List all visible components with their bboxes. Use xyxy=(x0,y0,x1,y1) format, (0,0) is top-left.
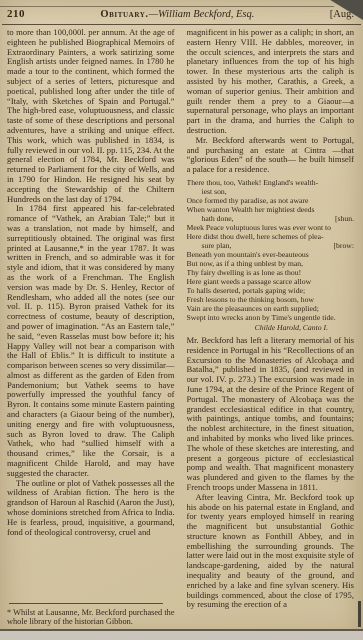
footnote: * Whilst at Lausanne, Mr. Beckford purch… xyxy=(7,608,175,627)
poem-line: Here giant weeds a passage scarce allow xyxy=(187,277,355,286)
running-title-name: —William Beckford, Esq. xyxy=(149,9,255,20)
page-header: 210 Obituary.—William Beckford, Esq. [Au… xyxy=(7,8,354,20)
right-column: magnificent in his power as a caliph; in… xyxy=(187,28,355,627)
poem-line: Beneath yon mountain's ever-beauteous xyxy=(187,250,355,259)
paragraph: magnificent in his power as a caliph; in… xyxy=(187,28,355,136)
paragraph: Mr. Beckford afterwards went to Portugal… xyxy=(187,136,355,175)
poem-line-text: hath done, xyxy=(202,214,234,223)
poem-quotation: There thou, too, Vathek! England's wealt… xyxy=(187,178,355,332)
poem-attribution: Childe Harold, Canto I. xyxy=(187,323,355,332)
poem-line-text: sure plan, xyxy=(202,241,232,250)
scan-bottom-edge xyxy=(0,629,363,640)
paper-sheet: 210 Obituary.—William Beckford, Esq. [Au… xyxy=(0,0,363,640)
footnote-rule xyxy=(9,603,163,604)
poem-line: hath done, [shun. xyxy=(187,214,355,223)
two-column-body: to more than 100,000l. per annum. At the… xyxy=(7,28,354,627)
poem-line-turnover: [brow: xyxy=(334,241,355,250)
scanned-magazine-page: 210 Obituary.—William Beckford, Esq. [Au… xyxy=(0,0,363,640)
left-column: to more than 100,000l. per annum. At the… xyxy=(7,28,175,627)
poem-line: Here didst thou dwell, here schemes of p… xyxy=(187,232,355,241)
scan-edge-mark xyxy=(358,601,361,627)
page-number: 210 xyxy=(7,8,25,20)
paragraph: In 1784 first appeared his far-celebrate… xyxy=(7,204,175,478)
poem-line: When wanton Wealth her mightiest deeds xyxy=(187,205,355,214)
poem-line: iest son, xyxy=(187,187,355,196)
poem-line: Once formed thy paradise, as not aware xyxy=(187,196,355,205)
left-column-text: to more than 100,000l. per annum. At the… xyxy=(7,28,175,598)
poem-line: Thy fairy dwelling is as lone as thou! xyxy=(187,268,355,277)
poem-line: Fresh lessons to the thinking bosom, how xyxy=(187,295,355,304)
top-edge-rule xyxy=(0,6,334,7)
poem-line: There thou, too, Vathek! England's wealt… xyxy=(187,178,355,187)
poem-line: Meek Peace voluptuous lures was ever won… xyxy=(187,223,355,232)
poem-line: sure plan, [brow: xyxy=(187,241,355,250)
running-title: Obituary.—William Beckford, Esq. xyxy=(25,9,330,20)
paragraph: After leaving Cintra, Mr. Beckford took … xyxy=(187,493,355,611)
poem-line: To halls deserted, portals gaping wide; xyxy=(187,286,355,295)
poem-line: Vain are the pleasaunces on earth suppli… xyxy=(187,304,355,313)
running-title-section: Obituary. xyxy=(100,9,148,20)
poem-line: But now, as if a thing unblest by man, xyxy=(187,259,355,268)
paragraph: Mr. Beckford has left a literary memoria… xyxy=(187,336,355,493)
header-rule xyxy=(2,24,361,25)
paragraph: The outline or plot of Vathek possesses … xyxy=(7,479,175,538)
poem-line: Swept into wrecks anon by Time's ungentl… xyxy=(187,313,355,322)
paragraph: to more than 100,000l. per annum. At the… xyxy=(7,28,175,204)
poem-line-turnover: [shun. xyxy=(335,214,354,223)
